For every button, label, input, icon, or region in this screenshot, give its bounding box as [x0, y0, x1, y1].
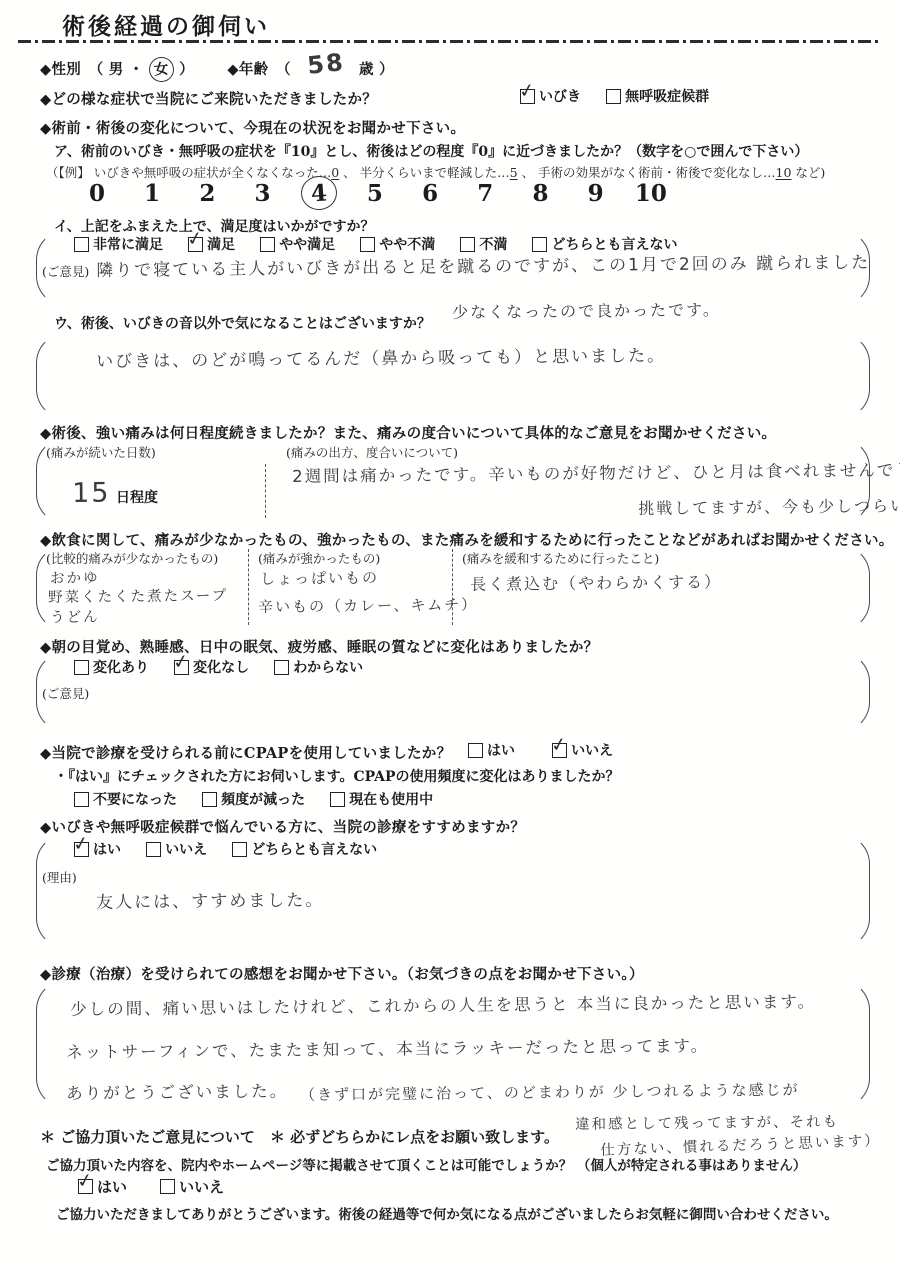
- checkbox-icon[interactable]: [202, 792, 217, 807]
- scale-number-0[interactable]: 0: [80, 177, 114, 209]
- checkbox-change-no[interactable]: 変化なし: [174, 657, 249, 677]
- gender-female-circled[interactable]: 女: [148, 56, 175, 83]
- food-col2-item-2: 辛いもの（カレー、キムチ）: [258, 594, 478, 617]
- scale-number-2[interactable]: 2: [190, 177, 224, 209]
- checkbox-label: やや満足: [279, 234, 335, 254]
- food-col1-label: (比較的痛みが少なかったもの): [46, 549, 218, 567]
- scale-number-9[interactable]: 9: [579, 177, 613, 209]
- pain-days-unit: 日程度: [116, 487, 158, 507]
- example-seg: など): [791, 165, 825, 180]
- checkbox-cpap-no[interactable]: いいえ: [552, 740, 613, 760]
- cpap-question-2: ・『はい』にチェックされた方にお伺いします。CPAPの使用頻度に変化はありました…: [54, 766, 620, 786]
- thanks-note: ご協力いただきましてありがとうございます。術後の経過等で何か気になる点がございま…: [56, 1203, 838, 1223]
- checkbox-icon[interactable]: [74, 660, 89, 675]
- scale-number-6[interactable]: 6: [413, 177, 447, 209]
- checkbox-label: 頻度が減った: [221, 789, 305, 809]
- checkbox-label: 満足: [207, 234, 235, 254]
- pain-days-value-handwritten: 15: [72, 478, 111, 509]
- scale-number-3[interactable]: 3: [246, 177, 280, 209]
- checkbox-cpap-yes[interactable]: はい: [468, 740, 515, 760]
- checkbox-icon[interactable]: [160, 1179, 175, 1194]
- checkbox-label: はい: [487, 740, 515, 760]
- food-box-divider-1: [248, 549, 249, 625]
- pain-days-label: (痛みが続いた日数): [46, 443, 156, 461]
- scale-number-1[interactable]: 1: [135, 177, 169, 209]
- pain-detail-label: (痛みの出方、度合いについて): [286, 443, 458, 461]
- checkbox-label: 変化なし: [193, 657, 249, 677]
- checkbox-label: 非常に満足: [93, 234, 163, 254]
- checkbox-recommend-neither[interactable]: どちらとも言えない: [232, 839, 377, 859]
- checkbox-label: 現在も使用中: [349, 789, 433, 809]
- consent-heading-normal: ＊ ご協力頂いたご意見について ＊: [40, 1128, 290, 1146]
- cpap-q1-options: はい いいえ: [468, 740, 633, 762]
- opinion-label: (ご意見): [42, 262, 89, 280]
- checkbox-label: いいえ: [179, 1176, 224, 1197]
- survey-form-page: 術後経過の御伺い ◆性別 （ 男 ・ 女 ） ◆年齢 （ 58 歳 ） ◆どの様…: [0, 0, 900, 1272]
- checkbox-change-unknown[interactable]: わからない: [274, 657, 363, 677]
- gender-label: ◆性別 （ 男 ・: [40, 61, 144, 78]
- checkbox-label: いいえ: [571, 740, 613, 760]
- rating-scale: 0 1 2 3 4 5 6 7 8 9 10: [80, 176, 668, 210]
- checkbox-recommend-yes[interactable]: はい: [74, 839, 121, 859]
- checkbox-icon[interactable]: [460, 237, 475, 252]
- example-underline-10: 10: [776, 165, 792, 180]
- impression-note-handwritten-2: 違和感として残ってますが、それも: [575, 1110, 839, 1134]
- checkbox-label: 変化あり: [93, 657, 149, 677]
- checkbox-icon[interactable]: [78, 1179, 93, 1194]
- publish-options: はい いいえ: [78, 1176, 244, 1198]
- sleep-opinion-label: (ご意見): [42, 684, 89, 702]
- checkbox-cpap-reduced[interactable]: 頻度が減った: [202, 789, 305, 809]
- checkbox-label: やや不満: [379, 234, 435, 254]
- checkbox-icon[interactable]: [606, 89, 621, 104]
- food-col1-item-3: うどん: [50, 605, 100, 627]
- symptom-options: いびき 無呼吸症候群: [520, 86, 729, 108]
- publish-question: ご協力頂いた内容を、院内やホームページ等に掲載させて頂くことは可能でしょうか？ …: [46, 1154, 806, 1174]
- age-label: ◆年齢 （: [227, 61, 290, 78]
- checkbox-label: どちらとも言えない: [251, 839, 377, 859]
- checkbox-icon[interactable]: [330, 792, 345, 807]
- checkbox-label: 不要になった: [93, 789, 177, 809]
- scale-number-5[interactable]: 5: [358, 177, 392, 209]
- scale-number-7[interactable]: 7: [468, 177, 502, 209]
- change-question-c: ウ、術後、いびきの音以外で気になることはございますか？: [54, 313, 431, 333]
- page-title: 術後経過の御伺い: [62, 8, 270, 41]
- recommend-options: はい いいえ どちらとも言えない: [74, 839, 397, 861]
- checkbox-icon[interactable]: [74, 237, 89, 252]
- food-col2-item-1: しょっぱいもの: [260, 567, 379, 589]
- profile-row: ◆性別 （ 男 ・ 女 ） ◆年齢 （ 58 歳 ）: [40, 52, 394, 82]
- checkbox-symptom-snoring[interactable]: いびき: [520, 86, 581, 106]
- satisfaction-comment-handwritten-2: 少なくなったので良かったです。: [452, 297, 721, 323]
- checkbox-very-satisfied[interactable]: 非常に満足: [74, 234, 163, 254]
- food-col3-item-1: 長く煮込む（やわらかくする）: [470, 569, 722, 595]
- checkbox-icon[interactable]: [188, 237, 203, 252]
- checkbox-icon[interactable]: [360, 237, 375, 252]
- consent-heading-bold: 必ずどちらかにレ点をお願い致します。: [290, 1128, 559, 1146]
- checkbox-cpap-still-using[interactable]: 現在も使用中: [330, 789, 433, 809]
- age-value-handwritten[interactable]: 58: [306, 48, 346, 80]
- symptom-question: ◆どの様な症状で当院にご来院いただきましたか？: [40, 88, 377, 109]
- impression-handwritten-3: ありがとうございました。: [66, 1078, 288, 1104]
- checkbox-icon[interactable]: [552, 743, 567, 758]
- reason-label: (理由): [42, 868, 77, 886]
- checkbox-icon[interactable]: [146, 842, 161, 857]
- checkbox-icon[interactable]: [520, 89, 535, 104]
- scale-number-10[interactable]: 10: [634, 177, 668, 209]
- checkbox-label: わからない: [293, 657, 363, 677]
- checkbox-icon[interactable]: [532, 237, 547, 252]
- food-col2-label: (痛みが強かったもの): [258, 549, 380, 567]
- scale-number-4-circled[interactable]: 4: [300, 175, 338, 211]
- checkbox-change-yes[interactable]: 変化あり: [74, 657, 149, 677]
- checkbox-label: いびき: [539, 86, 581, 106]
- gender-suffix: ）: [179, 61, 194, 78]
- reason-handwritten: 友人には、すすめました。: [96, 886, 324, 913]
- checkbox-recommend-no[interactable]: いいえ: [146, 839, 207, 859]
- sleep-options: 変化あり 変化なし わからない: [74, 657, 383, 679]
- checkbox-cpap-unneeded[interactable]: 不要になった: [74, 789, 177, 809]
- checkbox-icon[interactable]: [74, 842, 89, 857]
- change-heading: ◆術前・術後の変化について、今現在の状況をお聞かせ下さい。: [40, 117, 465, 138]
- consent-heading: ＊ ご協力頂いたご意見について ＊ 必ずどちらかにレ点をお願い致します。: [40, 1126, 559, 1147]
- dash-divider: [18, 40, 880, 43]
- checkbox-icon[interactable]: [274, 660, 289, 675]
- change-question-a: ア、術前のいびき・無呼吸の症状を『10』とし、術後はどの程度『0』に近づきました…: [54, 141, 808, 161]
- pain-box-divider: [265, 464, 266, 518]
- checkbox-icon[interactable]: [260, 237, 275, 252]
- checkbox-label: はい: [93, 839, 121, 859]
- checkbox-icon[interactable]: [174, 660, 189, 675]
- checkbox-icon[interactable]: [74, 792, 89, 807]
- food-col3-label: (痛みを緩和するために行ったこと): [462, 549, 659, 567]
- pain-detail-handwritten-2: 挑戦してますが、今も少しつらいです。: [638, 493, 900, 519]
- checkbox-somewhat-satisfied[interactable]: やや満足: [260, 234, 335, 254]
- checkbox-symptom-apnea[interactable]: 無呼吸症候群: [606, 86, 709, 106]
- checkbox-satisfied[interactable]: 満足: [188, 234, 235, 254]
- checkbox-label: はい: [97, 1176, 127, 1197]
- checkbox-publish-yes[interactable]: はい: [78, 1176, 127, 1197]
- cpap-q2-options: 不要になった 頻度が減った 現在も使用中: [74, 789, 453, 811]
- checkbox-icon[interactable]: [232, 842, 247, 857]
- checkbox-somewhat-dissatisfied[interactable]: やや不満: [360, 234, 435, 254]
- food-col1-item-2: 野菜くたくた煮たスープ: [48, 584, 228, 607]
- checkbox-publish-no[interactable]: いいえ: [160, 1176, 224, 1197]
- checkbox-label: いいえ: [165, 839, 207, 859]
- checkbox-label: 無呼吸症候群: [625, 86, 709, 106]
- age-suffix: 歳 ）: [359, 61, 394, 78]
- checkbox-icon[interactable]: [468, 743, 483, 758]
- cpap-question-1: ◆当院で診療を受けられる前にCPAPを使用していましたか？: [40, 742, 451, 763]
- scale-number-8[interactable]: 8: [524, 177, 558, 209]
